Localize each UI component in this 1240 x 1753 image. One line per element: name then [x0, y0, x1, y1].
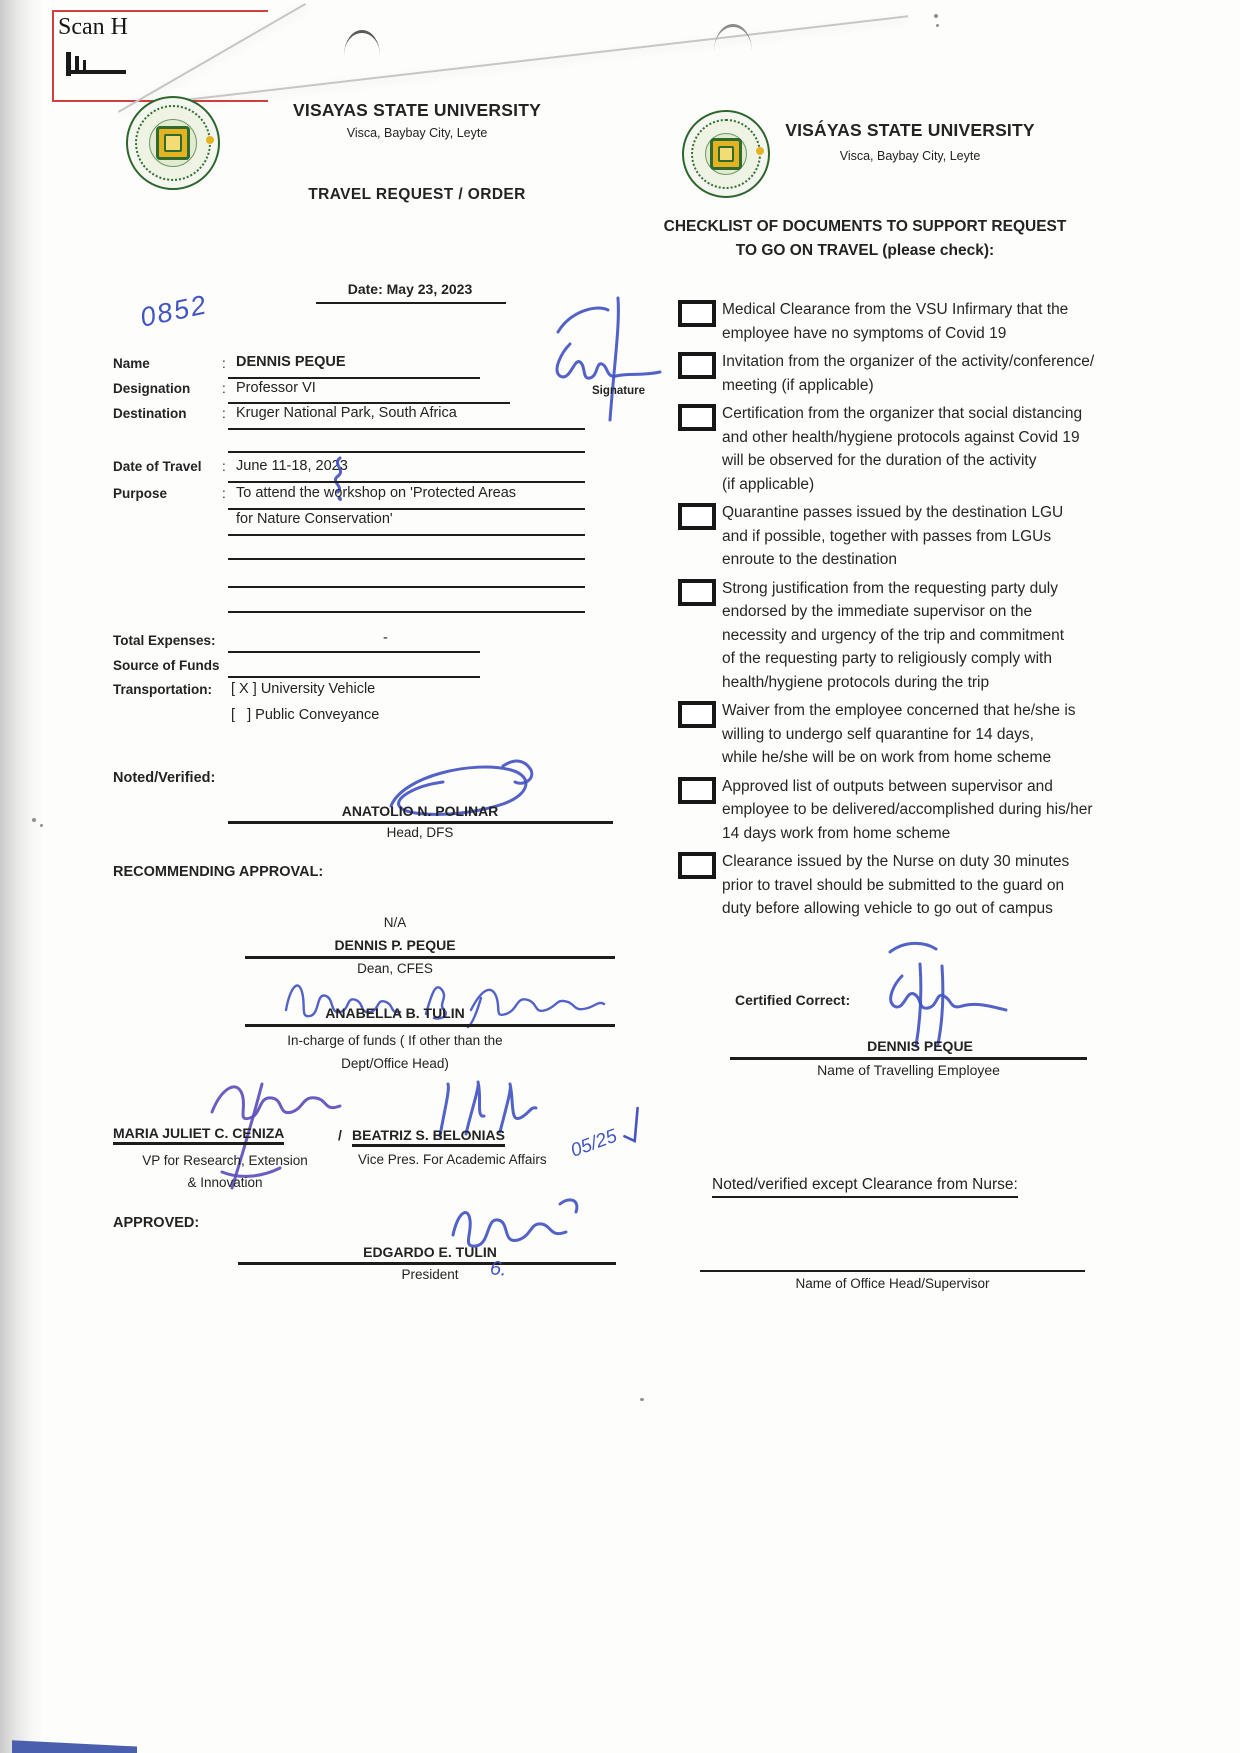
signature-dennis-peque-certified — [842, 936, 1012, 1048]
signature-anatolio-polinar — [383, 756, 538, 836]
destination-label: Destination — [113, 406, 187, 421]
destination-underline — [228, 428, 585, 430]
checklist-item-text: Invitation from the organizer of the act… — [722, 350, 1094, 397]
total-expenses-value: - — [383, 630, 388, 646]
checkbox-strong-justification — [678, 579, 716, 606]
checklist-item: Clearance issued by the Nurse on duty 30… — [678, 850, 1170, 921]
recommending-approval-label: RECOMMENDING APPROVAL: — [113, 864, 323, 880]
source-of-funds-underline — [228, 676, 480, 678]
purpose-value-line1: To attend the workshop on 'Protected Are… — [236, 485, 516, 501]
checkbox-invitation — [678, 352, 716, 379]
president-name: EDGARDO E. TULIN — [250, 1244, 610, 1260]
total-expenses-label: Total Expenses: — [113, 633, 216, 648]
anabella-name: ANABELLA B. TULIN — [250, 1005, 540, 1021]
barcode-mark-icon — [66, 50, 128, 82]
names-slash: / — [338, 1127, 342, 1143]
field-colon: : — [222, 406, 226, 421]
signature-dennis-peque — [540, 292, 665, 427]
president-underline — [238, 1262, 616, 1265]
transport-option-public-conveyance: [ ] Public Conveyance — [231, 707, 379, 723]
belonias-name: BEATRIZ S. BELONIAS — [352, 1127, 505, 1147]
travel-date-label: Date of Travel — [113, 459, 202, 474]
checklist-item: Certification from the organizer that so… — [678, 402, 1170, 496]
destination-value: Kruger National Park, South Africa — [236, 405, 457, 421]
form-date: Date: May 23, 2023 — [300, 281, 520, 297]
checkbox-approved-outputs — [678, 777, 716, 804]
seal-square — [156, 126, 190, 160]
name-label: Name — [113, 356, 150, 371]
field-colon: : — [222, 381, 226, 396]
blank-underline — [228, 586, 585, 588]
anabella-title: In-charge of funds ( If other than the D… — [250, 1029, 540, 1075]
anabella-underline — [245, 1024, 615, 1027]
checklist-item: Strong justification from the requesting… — [678, 577, 1170, 695]
noted-except-label: Noted/verified except Clearance from Nur… — [712, 1176, 1018, 1198]
polinar-name: ANATOLIO N. POLINAR — [250, 803, 590, 819]
polinar-underline — [228, 821, 613, 824]
field-colon: : — [222, 459, 226, 474]
date-underline — [316, 302, 506, 304]
scan-speck — [640, 1398, 644, 1401]
office-head-caption: Name of Office Head/Supervisor — [700, 1276, 1085, 1291]
designation-underline — [228, 402, 510, 404]
form-title: TRAVEL REQUEST / ORDER — [237, 186, 597, 204]
peque-underline — [245, 956, 615, 959]
checkbox-quarantine-passes — [678, 503, 716, 530]
pen-arc-mark — [714, 24, 752, 51]
checklist-title: CHECKLIST OF DOCUMENTS TO SUPPORT REQUES… — [630, 215, 1100, 263]
right-university-address: Visca, Baybay City, Leyte — [700, 149, 1120, 163]
checklist-item: Approved list of outputs between supervi… — [678, 775, 1170, 846]
noted-verified-label: Noted/Verified: — [113, 770, 215, 786]
designation-value: Professor VI — [236, 380, 316, 396]
checkbox-certification — [678, 404, 716, 431]
blank-underline — [228, 611, 585, 613]
transportation-label: Transportation: — [113, 682, 212, 697]
designation-label: Designation — [113, 381, 190, 396]
polinar-title: Head, DFS — [250, 825, 590, 840]
pen-check-stroke — [614, 1106, 650, 1147]
scan-speck — [32, 818, 36, 822]
checklist-item-text: Approved list of outputs between supervi… — [722, 775, 1093, 846]
handwritten-control-number: 0852 — [138, 289, 211, 333]
checklist-item-text: Waiver from the employee concerned that … — [722, 699, 1076, 770]
checkbox-waiver — [678, 701, 716, 728]
checklist-item-text: Medical Clearance from the VSU Infirmary… — [722, 298, 1068, 345]
name-underline — [228, 377, 480, 379]
scan-speck — [40, 824, 43, 827]
vsu-seal-left — [126, 96, 220, 190]
checklist: Medical Clearance from the VSU Infirmary… — [678, 298, 1170, 926]
handwritten-date-text: 05/25 — [568, 1126, 620, 1162]
approved-label: APPROVED: — [113, 1215, 199, 1231]
scan-here-label: Scan H — [58, 14, 128, 41]
field-colon: : — [222, 486, 226, 501]
checklist-item-text: Quarantine passes issued by the destinat… — [722, 501, 1063, 572]
left-university-name: VISAYAS STATE UNIVERSITY — [237, 100, 597, 121]
handwritten-date-belonias: 05/25 — [565, 1106, 651, 1165]
checklist-item: Waiver from the employee concerned that … — [678, 699, 1170, 770]
purpose-value-line2: for Nature Conservation' — [236, 511, 393, 527]
purpose-underline-2 — [228, 534, 585, 536]
source-of-funds-label: Source of Funds — [113, 658, 220, 673]
checklist-item: Quarantine passes issued by the destinat… — [678, 501, 1170, 572]
blank-underline — [228, 451, 585, 453]
belonias-title: Vice Pres. For Academic Affairs — [358, 1152, 547, 1167]
right-university-name: VISÁYAS STATE UNIVERSITY — [700, 120, 1120, 141]
scan-speck — [936, 24, 939, 27]
blank-underline — [228, 558, 585, 560]
office-head-underline — [700, 1270, 1085, 1272]
certified-caption: Name of Travelling Employee — [730, 1062, 1087, 1078]
checklist-item-text: Strong justification from the requesting… — [722, 577, 1064, 695]
pen-arc-mark — [344, 30, 380, 55]
checkbox-nurse-clearance — [678, 852, 716, 879]
na-text: N/A — [250, 915, 540, 930]
handwritten-initial: 6. — [489, 1257, 508, 1282]
checklist-item: Medical Clearance from the VSU Infirmary… — [678, 298, 1170, 345]
seal-dot — [206, 136, 214, 144]
president-title: President — [250, 1267, 610, 1282]
ceniza-title: VP for Research, Extension & Innovation — [110, 1150, 340, 1194]
scan-edge-shadow — [0, 0, 44, 1753]
left-university-address: Visca, Baybay City, Leyte — [237, 126, 597, 140]
signature-caption: Signature — [592, 385, 645, 397]
ceniza-name: MARIA JULIET C. CENIZA — [113, 1125, 284, 1145]
checkbox-medical-clearance — [678, 300, 716, 327]
scanned-travel-request-document: Scan H VISAYAS STATE UNIVERSITY Visca, B… — [0, 0, 1240, 1753]
purpose-label: Purpose — [113, 486, 167, 501]
purpose-underline-1 — [228, 508, 585, 510]
field-colon: : — [222, 356, 226, 371]
checklist-item-text: Certification from the organizer that so… — [722, 402, 1082, 496]
certified-name: DENNIS PEQUE — [730, 1038, 1110, 1054]
name-value: DENNIS PEQUE — [236, 354, 346, 370]
total-expenses-underline — [228, 651, 480, 653]
travel-date-underline — [228, 481, 585, 483]
checklist-item-text: Clearance issued by the Nurse on duty 30… — [722, 850, 1069, 921]
certified-underline — [730, 1057, 1087, 1060]
checklist-item: Invitation from the organizer of the act… — [678, 350, 1170, 397]
transport-option-university-vehicle: [ X ] University Vehicle — [231, 681, 375, 697]
peque-name: DENNIS P. PEQUE — [250, 937, 540, 953]
scan-speck — [934, 14, 938, 18]
certified-correct-label: Certified Correct: — [735, 992, 850, 1008]
